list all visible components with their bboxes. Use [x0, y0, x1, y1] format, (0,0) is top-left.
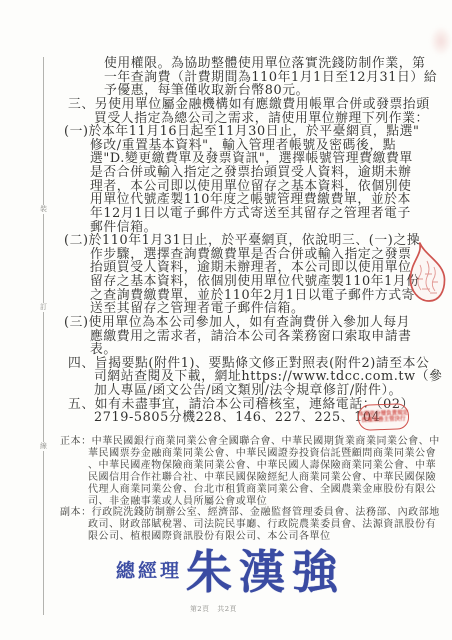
- body-text-line: 抬頭買受人資料，逾期未辦理者，本公司即以使用單位: [90, 261, 412, 275]
- binding-line: [43, 57, 44, 615]
- body-text-line: 用單位代號產製110年度之帳號管理費繳費單，並於本: [90, 193, 411, 207]
- signature-title: 總經理: [116, 556, 182, 583]
- footer-page-total: 共2頁: [217, 605, 236, 613]
- body-text-line: 予優惠，每筆僅收取新台幣80元。: [104, 84, 309, 98]
- body-text-line: 留存之基本資料，依個別使用單位代號產製110年1月份: [90, 275, 420, 289]
- body-text-line: 三、另使用單位屬金融機構如有應繳費用帳單合併或發票抬頭: [68, 98, 430, 112]
- body-text-line: 選"D.變更繳費單及發票資訊"，選擇帳號管理費繳費單: [90, 152, 413, 166]
- faint-stamp-smudge: [430, 26, 452, 56]
- body-text-line: 年12月1日以電子郵件方式寄送至其留存之管理者電子: [90, 207, 411, 221]
- body-text-line: 表。: [90, 343, 117, 357]
- page-footer: 第2頁共2頁: [190, 603, 237, 613]
- document-page: 裝 訂 線 使用權限。為協助整體使用單位落實洗錢防制作業，第一年查詢費（計費期間…: [0, 0, 452, 640]
- body-text-line: 加人專區/函文公告/函文類別/法令規章修訂/附件）。: [94, 384, 402, 398]
- body-text-line: (一)於本年11月16日起至11月30日止，於平臺網頁，點選": [64, 125, 420, 139]
- body-text-line: 2719-5805分機228、146、227、225、104: [94, 411, 380, 425]
- distribution-line: 、中華民國產物保險商業同業公會、中華民國人壽保險商業同業公會、中華: [88, 460, 436, 472]
- body-text-line: 是否合併或輸入指定之發票抬頭買受人資料，逾期未辦: [90, 166, 412, 180]
- body-text-line: (二)於110年1月31日止，於平臺網頁，依說明三、(一)之操: [64, 234, 420, 248]
- distribution-line: 華民國票券金融商業同業公會、中華民國證券投資信託暨顧問商業同業公會: [88, 448, 436, 460]
- approval-stamp: 本案依分層負責規定 授權業務主管決行: [358, 403, 410, 431]
- distribution-line: 正本：中華民國銀行商業同業公會全國聯合會、中華民國期貨業商業同業公會、中: [60, 436, 440, 448]
- footer-page-number: 第2頁: [190, 605, 209, 613]
- body-text-line: (三)使用單位為本公司參加人，如有查詢費併入參加人每月: [64, 316, 410, 330]
- distribution-line: 副本：行政院洗錢防制辦公室、經濟部、金融監督管理委員會、法務部、內政部地: [60, 507, 440, 519]
- binding-char-ding: 訂: [38, 303, 49, 312]
- distribution-line: 政司、財政部賦稅署、司法院民事廳、行政院農業委員會、法源資訊股份有: [88, 519, 436, 531]
- signature-name: 朱漢強: [186, 536, 345, 602]
- body-text-line: 送至其留存之管理者電子郵件信箱。: [90, 302, 304, 316]
- binding-char-xian: 線: [38, 442, 49, 451]
- binding-char-zhuang: 裝: [38, 205, 49, 214]
- body-text-line: 使用權限。為協助整體使用單位落實洗錢防制作業，第: [104, 57, 426, 71]
- distribution-line: 代理人商業同業公會、台北市租賃商業同業公會、全國農業金庫股份有限公: [88, 484, 436, 496]
- teardrop-seal-icon: [406, 241, 448, 304]
- body-text-line: 應繳費用之需求者，請洽本公司各業務窗口索取申請書: [90, 330, 412, 344]
- approval-stamp-line2: 授權業務主管決行: [361, 416, 405, 424]
- distribution-line: 司、非金融事業或人員所屬公會或單位: [88, 496, 267, 508]
- distribution-line: 民國信用合作社聯合社、中華民國保險經紀人商業同業公會、中華民國保險: [88, 472, 436, 484]
